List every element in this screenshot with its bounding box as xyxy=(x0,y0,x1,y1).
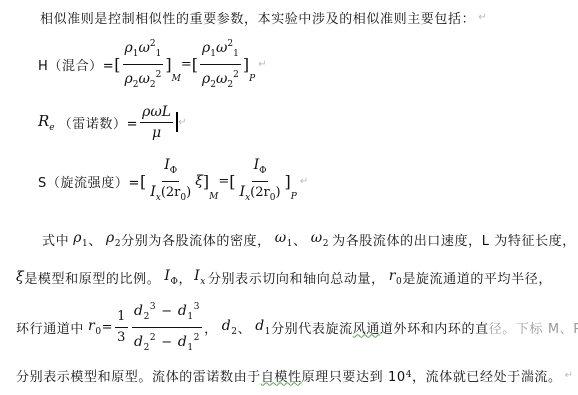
numerator: ρ1ω21 xyxy=(200,35,241,65)
denominator: ρ2ω22 xyxy=(123,65,164,94)
para1-text: 分别为各股流体的密度， xyxy=(121,230,271,249)
formula-h-label: H（混合）= xyxy=(38,55,114,74)
subscript-prototype: P xyxy=(291,192,297,202)
para3-text: 分别代表旋流 xyxy=(271,318,353,337)
numerator: ρωL xyxy=(140,103,173,123)
equals-sign: = xyxy=(181,57,192,72)
fraction-diameters: d23 − d13 d22 − d12 xyxy=(132,298,202,357)
i-x: Ix xyxy=(194,268,206,287)
formula-s-label: S（旋流强度）= xyxy=(38,172,140,191)
i-phi: IΦ xyxy=(164,268,178,287)
rho-1: ρ1 xyxy=(73,230,88,249)
para4-text: 分别表示模型和原型。流体的雷诺数由于 xyxy=(16,366,261,385)
bracket-close: ] xyxy=(203,172,209,191)
paragraph-annular: 环行通道中 r0 = 1 3 d23 − d13 d22 − d12 ， d2 … xyxy=(16,302,578,352)
paragraph-mark: ↵ xyxy=(478,12,487,23)
numerator: IΦ xyxy=(252,156,269,182)
paragraph-mark: ↵ xyxy=(300,176,308,187)
para3-text-gray: 径。下标 M、P xyxy=(489,318,578,337)
rho-2: ρ2 xyxy=(106,230,121,249)
bracket-open: [ xyxy=(140,172,146,191)
formula-mixing: H（混合）= [ ρ1ω21 ρ2ω22 ] M = [ ρ1ω21 ρ2ω22… xyxy=(38,42,267,86)
comma: ， xyxy=(204,318,218,337)
spellcheck-underline: 自模性 xyxy=(261,366,302,385)
denominator: ρ2ω22 xyxy=(200,65,241,94)
formula-reynolds: Re （雷诺数）= ρωL μ ↵ xyxy=(38,100,186,144)
formula-re-label: （雷诺数）= xyxy=(59,113,139,132)
bracket-open: [ xyxy=(229,172,235,191)
paragraph-mark: ↵ xyxy=(258,59,266,70)
d-2: d2 xyxy=(222,318,238,337)
reynolds-symbol: Re xyxy=(38,112,55,133)
fraction: IΦ Ix(2r0) xyxy=(148,156,193,207)
denominator: Ix(2r0) xyxy=(238,182,283,207)
r-zero: r0 xyxy=(88,318,102,337)
bracket-close: ] xyxy=(285,172,291,191)
comma: ， xyxy=(178,268,192,287)
bracket-close: ] xyxy=(243,55,249,74)
paragraph-mark: ↵ xyxy=(565,370,574,381)
numerator: ρ1ω21 xyxy=(123,35,164,65)
xi-symbol: ξ xyxy=(195,173,203,189)
bracket-close: ] xyxy=(165,55,171,74)
para1-text-2: 为各股流体的出口速度，L 为特征长度， xyxy=(332,230,576,249)
fraction: ρ1ω21 ρ2ω22 xyxy=(123,35,164,94)
paragraph-mark: ↵ xyxy=(178,117,186,128)
fraction-one-third: 1 3 xyxy=(115,308,128,347)
para3-prefix: 环行通道中 xyxy=(16,318,84,337)
subscript-prototype: P xyxy=(249,74,255,84)
separator: 、 xyxy=(238,318,252,337)
r-zero: r0 xyxy=(389,268,403,287)
para2-text: 是模型和原型的比例。 xyxy=(24,268,160,287)
spellcheck-underline: 风通 xyxy=(353,318,380,337)
paragraph-densities: 式中 ρ1 、 ρ2 分别为各股流体的密度， ω1 、 ω2 为各股流体的出口速… xyxy=(42,228,576,250)
intro-text: 相似准则是控制相似性的重要参数，本实验中涉及的相似准则主要包括： xyxy=(40,8,475,27)
para4-text-3: ，流体就已经处于湍流。 xyxy=(412,366,562,385)
equals-sign: = xyxy=(218,174,229,189)
para2-text-2: 分别表示切向和轴向总动量， xyxy=(208,268,385,287)
bracket-open: [ xyxy=(192,55,198,74)
xi-symbol: ξ xyxy=(16,269,24,285)
separator: 、 xyxy=(88,230,102,249)
para2-text-3: 是旋流通道的平均半径， xyxy=(402,268,552,287)
fraction: IΦ Ix(2r0) xyxy=(238,156,283,207)
fraction: ρωL μ xyxy=(140,103,173,142)
para4-text-2: 原理只要达到 10 xyxy=(302,366,406,385)
fraction: ρ1ω21 ρ2ω22 xyxy=(200,35,241,94)
omega-2: ω2 xyxy=(311,230,329,249)
formula-swirl: S（旋流强度）= [ IΦ Ix(2r0) ξ ] M = [ IΦ Ix(2r… xyxy=(38,158,308,204)
separator: 、 xyxy=(293,230,307,249)
subscript-model: M xyxy=(209,192,218,202)
numerator: IΦ xyxy=(162,156,179,182)
omega-1: ω1 xyxy=(275,230,293,249)
para3-text-2: 道外环和内环的直 xyxy=(380,318,489,337)
intro-paragraph: 相似准则是控制相似性的重要参数，本实验中涉及的相似准则主要包括： ↵ xyxy=(40,8,487,26)
denominator: Ix(2r0) xyxy=(148,182,193,207)
paragraph-momentum: ξ 是模型和原型的比例。 IΦ ， Ix 分别表示切向和轴向总动量， r0 是旋… xyxy=(16,266,552,288)
paragraph-reynolds-conclusion: 分别表示模型和原型。流体的雷诺数由于自模性原理只要达到 104，流体就已经处于湍… xyxy=(16,364,574,386)
subscript-model: M xyxy=(172,74,181,84)
denominator: μ xyxy=(150,123,163,142)
equals-sign: = xyxy=(102,320,114,335)
para1-prefix: 式中 xyxy=(42,230,69,249)
bracket-open: [ xyxy=(114,55,120,74)
d-1: d1 xyxy=(255,318,271,337)
